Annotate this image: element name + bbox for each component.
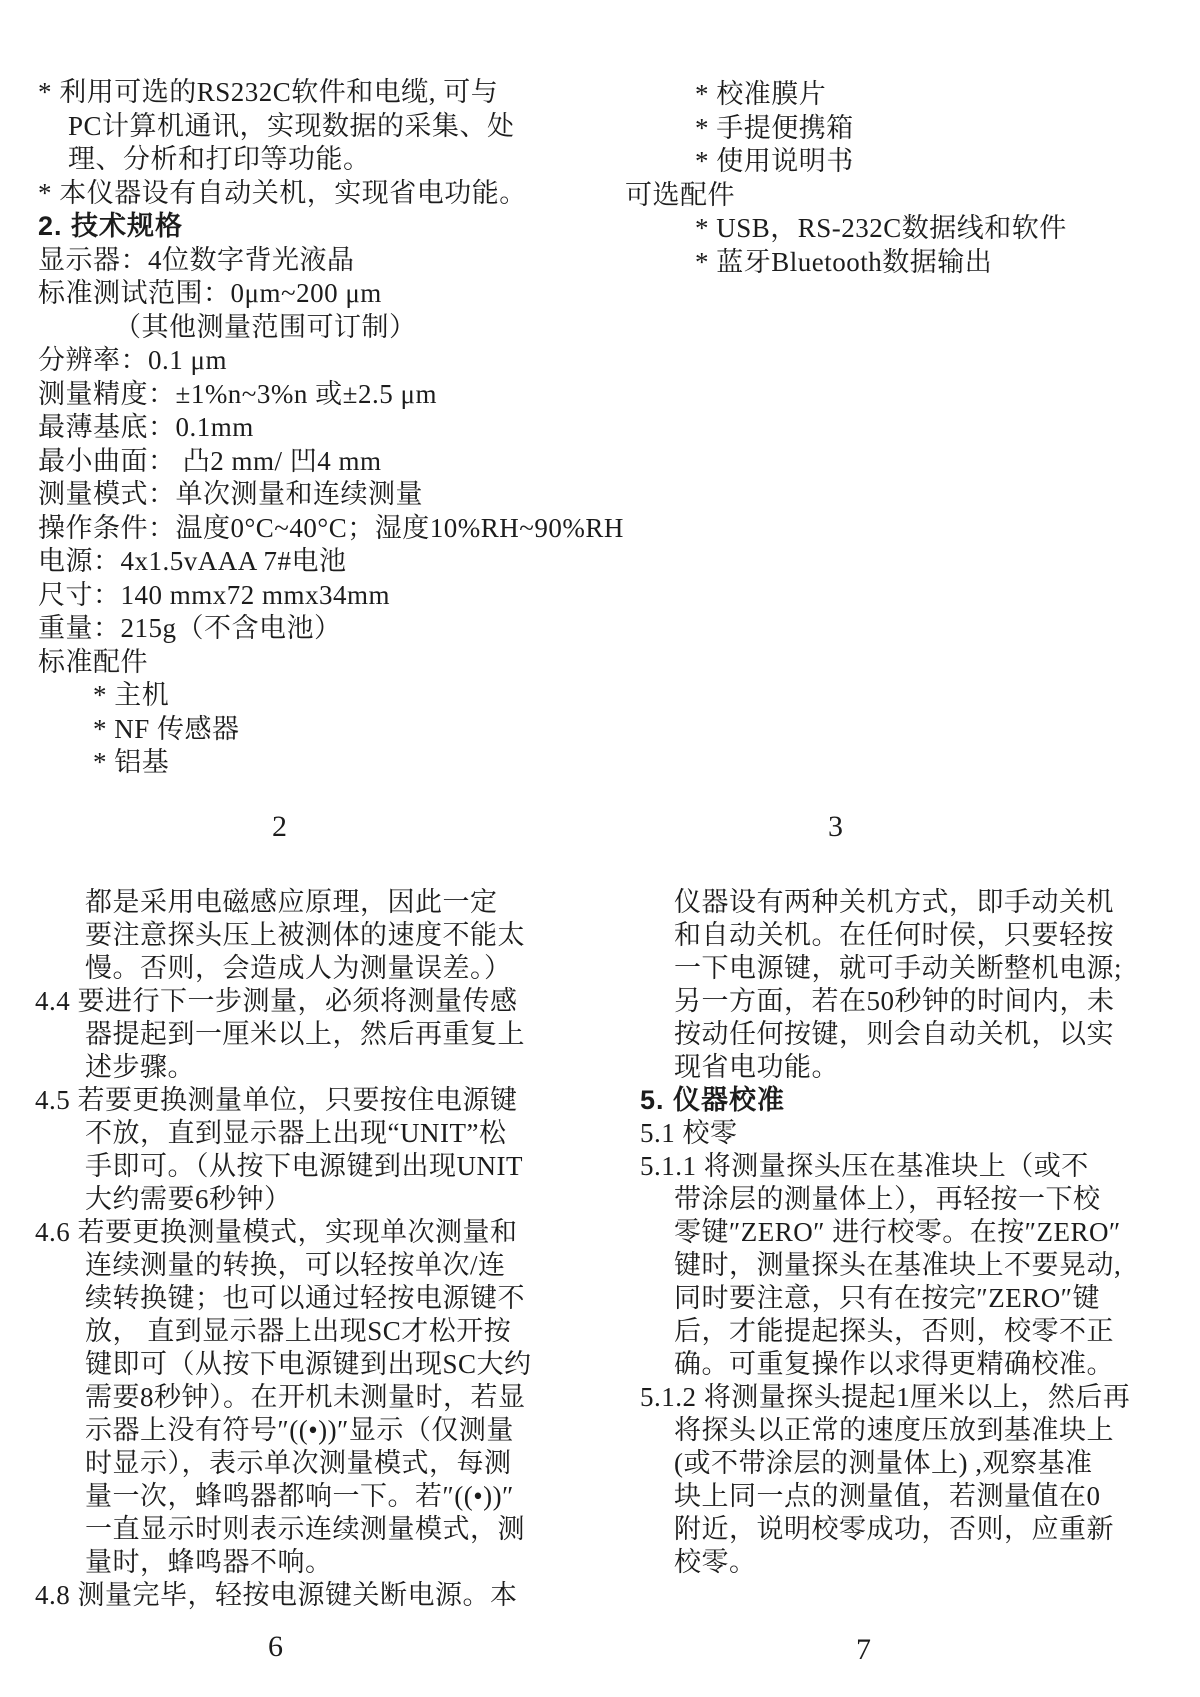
text-line: 时显示），表示单次测量模式，每测 bbox=[35, 1447, 675, 1480]
text-line: 可选配件 bbox=[625, 179, 1185, 213]
text-line: 一下电源键，就可手动关断整机电源; bbox=[640, 952, 1188, 985]
text-line: * 利用可选的RS232C软件和电缆, 可与 bbox=[38, 76, 678, 110]
text-line: 量时，蜂鸣器不响。 bbox=[35, 1546, 675, 1579]
text-line: 5.1.2 将测量探头提起1厘米以上，然后再 bbox=[640, 1381, 1188, 1414]
page-2-text-block: * 利用可选的RS232C软件和电缆, 可与PC计算机通讯，实现数据的采集、处理… bbox=[38, 76, 678, 780]
text-line: 电源：4x1.5vAAA 7#电池 bbox=[38, 545, 678, 579]
text-line: 大约需要6秒钟） bbox=[35, 1183, 675, 1216]
text-line: 确。可重复操作以求得更精确校准。 bbox=[640, 1348, 1188, 1381]
page-3-text-block: * 校准膜片* 手提便携箱* 使用说明书可选配件* USB，RS-232C数据线… bbox=[625, 78, 1185, 279]
page-3-column: * 校准膜片* 手提便携箱* 使用说明书可选配件* USB，RS-232C数据线… bbox=[625, 78, 1185, 279]
text-line: 5.1 校零 bbox=[640, 1117, 1188, 1150]
text-line: 测量模式：单次测量和连续测量 bbox=[38, 478, 678, 512]
text-line: 4.6 若要更换测量模式，实现单次测量和 bbox=[35, 1216, 675, 1249]
text-line: 4.8 测量完毕，轻按电源键关断电源。本 bbox=[35, 1579, 675, 1612]
text-line: 最小曲面： 凸2 mm/ 凹4 mm bbox=[38, 445, 678, 479]
text-line: * 本仪器设有自动关机，实现省电功能。 bbox=[38, 177, 678, 211]
page-2-column: * 利用可选的RS232C软件和电缆, 可与PC计算机通讯，实现数据的采集、处理… bbox=[38, 76, 678, 780]
text-line: 都是采用电磁感应原理，因此一定 bbox=[35, 886, 675, 919]
text-line: 理、分析和打印等功能。 bbox=[38, 143, 678, 177]
page-7-column: 仪器设有两种关机方式，即手动关机和自动关机。在任何时侯，只要轻按一下电源键，就可… bbox=[640, 886, 1188, 1579]
text-line: 4.4 要进行下一步测量，必须将测量传感 bbox=[35, 985, 675, 1018]
text-line: 不放，直到显示器上出现“UNIT”松 bbox=[35, 1117, 675, 1150]
text-line: 一直显示时则表示连续测量模式，测 bbox=[35, 1513, 675, 1546]
text-line: 标准配件 bbox=[38, 646, 678, 680]
text-line: * 使用说明书 bbox=[625, 145, 1185, 179]
text-line: * 铝基 bbox=[38, 746, 678, 780]
text-line: * NF 传感器 bbox=[38, 713, 678, 747]
text-line: 2. 技术规格 bbox=[38, 210, 678, 244]
text-line: 述步骤。 bbox=[35, 1051, 675, 1084]
text-line: 另一方面，若在50秒钟的时间内，未 bbox=[640, 985, 1188, 1018]
text-line: 现省电功能。 bbox=[640, 1051, 1188, 1084]
page-number-6: 6 bbox=[268, 1630, 283, 1664]
text-line: * 校准膜片 bbox=[625, 78, 1185, 112]
page-number-3: 3 bbox=[828, 810, 843, 844]
text-line: 分辨率：0.1 μm bbox=[38, 344, 678, 378]
text-line: 键时，测量探头在基准块上不要晃动, bbox=[640, 1249, 1188, 1282]
text-line: * 手提便携箱 bbox=[625, 112, 1185, 146]
text-line: * 主机 bbox=[38, 679, 678, 713]
text-line: 器提起到一厘米以上，然后再重复上 bbox=[35, 1018, 675, 1051]
page-7-text-block: 仪器设有两种关机方式，即手动关机和自动关机。在任何时侯，只要轻按一下电源键，就可… bbox=[640, 886, 1188, 1579]
text-line: 重量：215g（不含电池） bbox=[38, 612, 678, 646]
text-line: （其他测量范围可订制） bbox=[38, 311, 678, 345]
text-line: 后，才能提起探头，否则，校零不正 bbox=[640, 1315, 1188, 1348]
text-line: 将探头以正常的速度压放到基准块上 bbox=[640, 1414, 1188, 1447]
text-line: 手即可。（从按下电源键到出现UNIT bbox=[35, 1150, 675, 1183]
text-line: 4.5 若要更换测量单位，只要按住电源键 bbox=[35, 1084, 675, 1117]
text-line: 按动任何按键，则会自动关机，以实 bbox=[640, 1018, 1188, 1051]
text-line: 需要8秒钟）。在开机未测量时，若显 bbox=[35, 1381, 675, 1414]
text-line: 要注意探头压上被测体的速度不能太 bbox=[35, 919, 675, 952]
text-line: 续转换键；也可以通过轻按电源键不 bbox=[35, 1282, 675, 1315]
page-number-7: 7 bbox=[856, 1633, 871, 1667]
text-line: 操作条件：温度0°C~40°C；湿度10%RH~90%RH bbox=[38, 512, 678, 546]
text-line: 块上同一点的测量值，若测量值在0 bbox=[640, 1480, 1188, 1513]
text-line: 仪器设有两种关机方式，即手动关机 bbox=[640, 886, 1188, 919]
text-line: * 蓝牙Bluetooth数据输出 bbox=[625, 246, 1185, 280]
text-line: 5. 仪器校准 bbox=[640, 1084, 1188, 1117]
text-line: 测量精度：±1%n~3%n 或±2.5 μm bbox=[38, 378, 678, 412]
page-6-column: 都是采用电磁感应原理，因此一定要注意探头压上被测体的速度不能太慢。否则，会造成人… bbox=[35, 886, 675, 1612]
manual-scan-sheet: * 利用可选的RS232C软件和电缆, 可与PC计算机通讯，实现数据的采集、处理… bbox=[0, 0, 1200, 1697]
text-line: 显示器：4位数字背光液晶 bbox=[38, 244, 678, 278]
text-line: 标准测试范围：0μm~200 μm bbox=[38, 277, 678, 311]
text-line: 零键″ZERO″ 进行校零。在按″ZERO″ bbox=[640, 1216, 1188, 1249]
text-line: 同时要注意，只有在按完″ZERO″键 bbox=[640, 1282, 1188, 1315]
text-line: 示器上没有符号″((•))″显示（仅测量 bbox=[35, 1414, 675, 1447]
text-line: * USB，RS-232C数据线和软件 bbox=[625, 212, 1185, 246]
text-line: 放， 直到显示器上出现SC才松开按 bbox=[35, 1315, 675, 1348]
text-line: 5.1.1 将测量探头压在基准块上（或不 bbox=[640, 1150, 1188, 1183]
text-line: 量一次，蜂鸣器都响一下。若″((•))″ bbox=[35, 1480, 675, 1513]
text-line: 最薄基底：0.1mm bbox=[38, 411, 678, 445]
text-line: 附近，说明校零成功，否则，应重新 bbox=[640, 1513, 1188, 1546]
text-line: 键即可（从按下电源键到出现SC大约 bbox=[35, 1348, 675, 1381]
text-line: 校零。 bbox=[640, 1546, 1188, 1579]
text-line: 连续测量的转换，可以轻按单次/连 bbox=[35, 1249, 675, 1282]
text-line: 慢。否则，会造成人为测量误差。） bbox=[35, 952, 675, 985]
page-6-text-block: 都是采用电磁感应原理，因此一定要注意探头压上被测体的速度不能太慢。否则，会造成人… bbox=[35, 886, 675, 1612]
text-line: PC计算机通讯，实现数据的采集、处 bbox=[38, 110, 678, 144]
page-number-2: 2 bbox=[272, 810, 287, 844]
text-line: 带涂层的测量体上），再轻按一下校 bbox=[640, 1183, 1188, 1216]
text-line: (或不带涂层的测量体上) ,观察基准 bbox=[640, 1447, 1188, 1480]
text-line: 尺寸：140 mmx72 mmx34mm bbox=[38, 579, 678, 613]
text-line: 和自动关机。在任何时侯，只要轻按 bbox=[640, 919, 1188, 952]
